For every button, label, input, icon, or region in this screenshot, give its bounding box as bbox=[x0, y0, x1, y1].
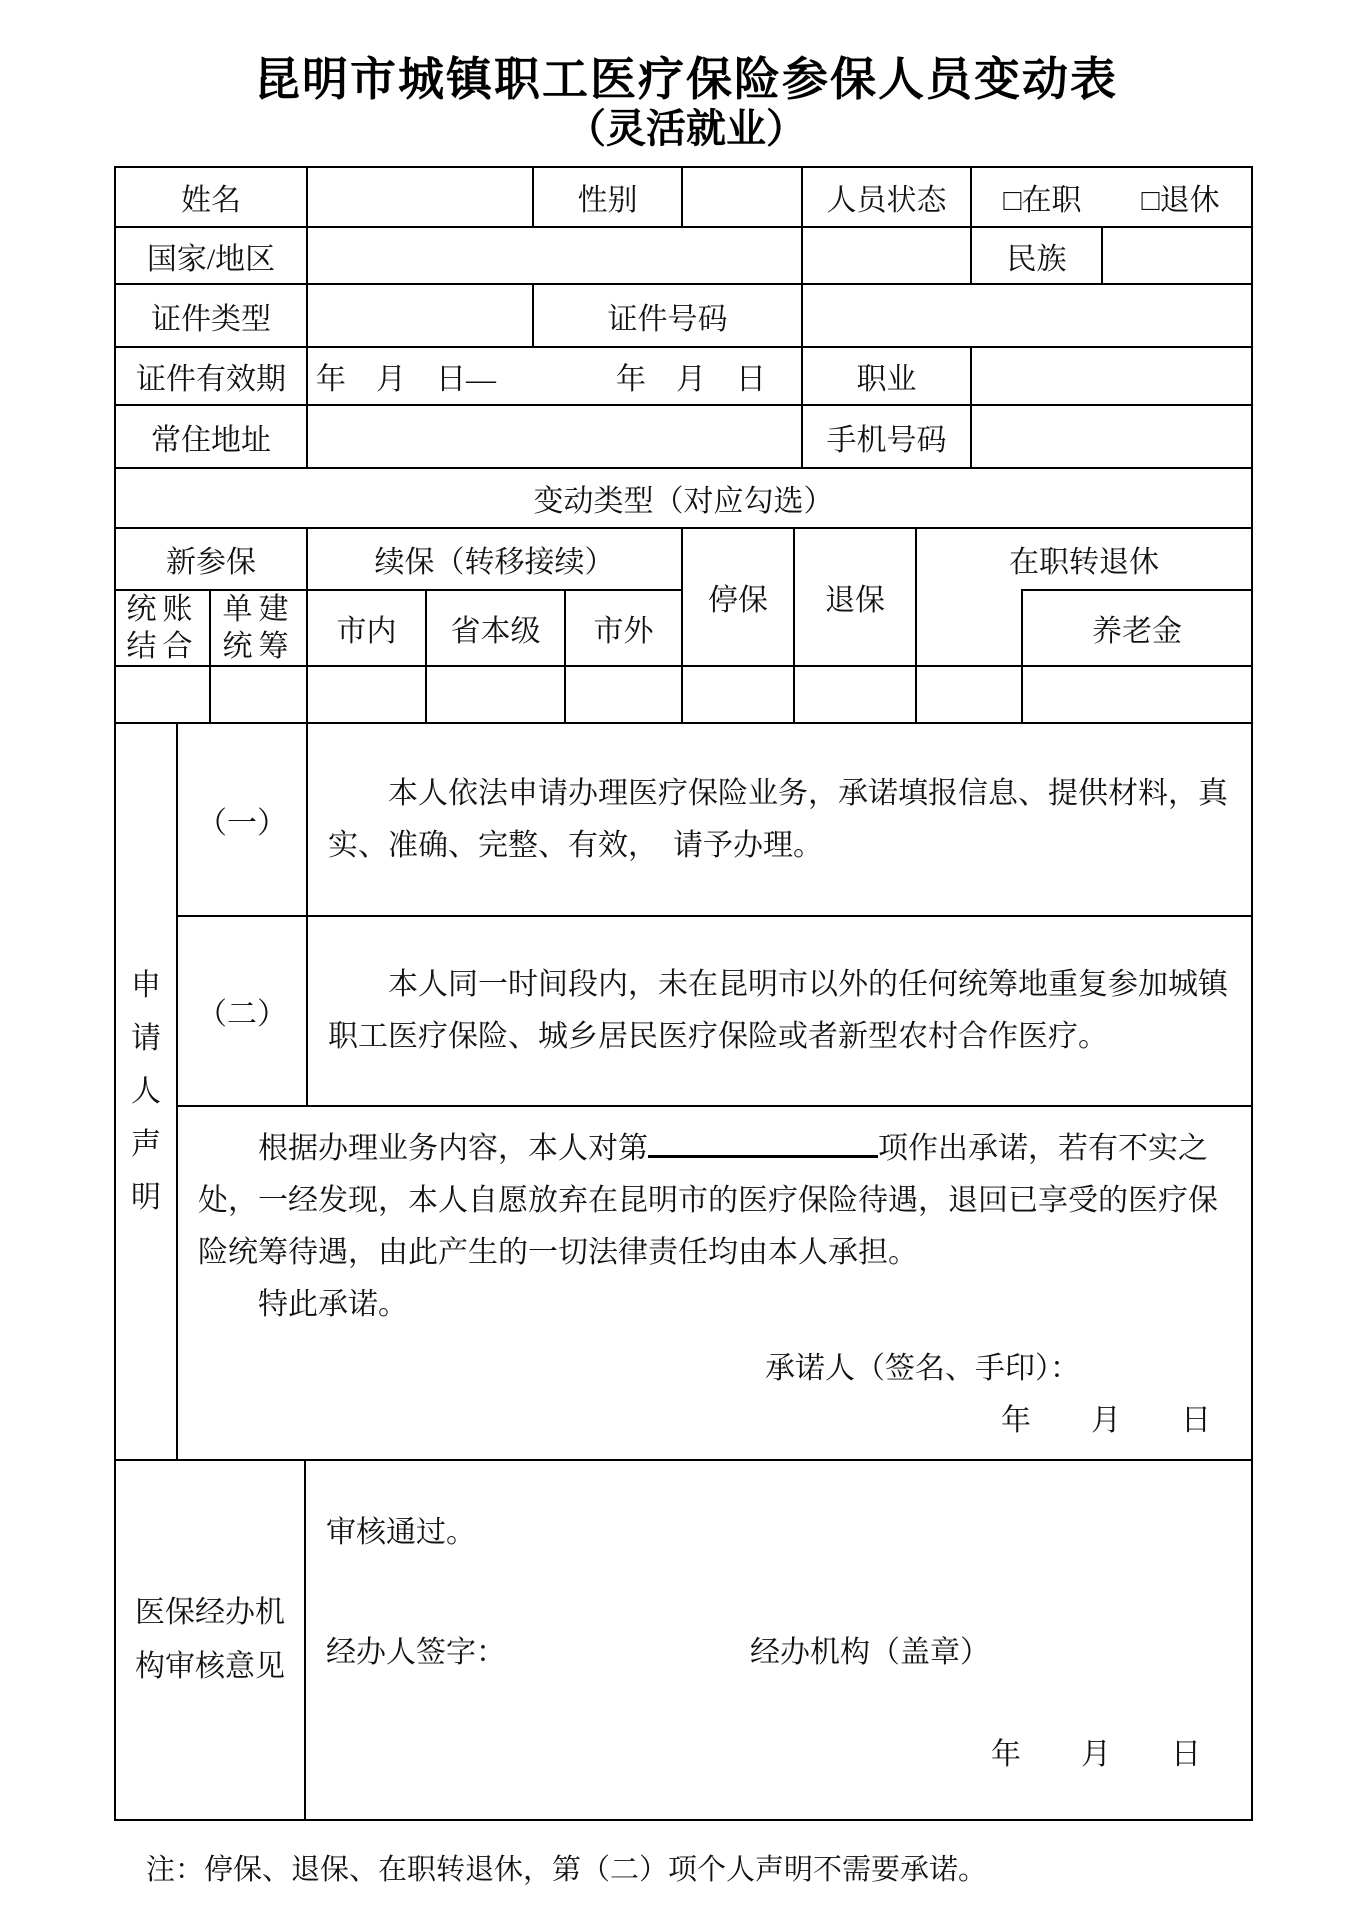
suspend-label: 停保 bbox=[682, 528, 794, 666]
review-side-label-cell: 医保经办机构审核意见 bbox=[115, 1460, 305, 1820]
empty-cell bbox=[916, 590, 1022, 666]
combined-account-label: 统账结合 bbox=[115, 590, 210, 666]
row-change-type-checks bbox=[115, 666, 1252, 723]
name-label: 姓名 bbox=[115, 167, 307, 227]
check-cell-pension[interactable] bbox=[1022, 666, 1252, 723]
id-type-label: 证件类型 bbox=[115, 284, 307, 347]
row-declaration-2: （二） 本人同一时间段内，未在昆明市以外的任何统筹地重复参加城镇职工医疗保险、城… bbox=[115, 916, 1252, 1106]
status-label: 人员状态 bbox=[802, 167, 971, 227]
row-address: 常住地址 手机号码 bbox=[115, 405, 1252, 468]
ethnicity-input-cell[interactable] bbox=[1102, 227, 1252, 284]
row-country: 国家/地区 民族 bbox=[115, 227, 1252, 284]
row-change-type-header: 变动类型（对应勾选） bbox=[115, 468, 1252, 528]
gender-label: 性别 bbox=[533, 167, 682, 227]
country-input-cell[interactable] bbox=[307, 227, 802, 284]
check-cell-within-city[interactable] bbox=[307, 666, 426, 723]
check-cell-blank[interactable] bbox=[916, 666, 1022, 723]
declaration-item1-no: （一） bbox=[177, 723, 307, 916]
declaration-side-label: 申请人声明 bbox=[130, 959, 162, 1224]
change-type-header: 变动类型（对应勾选） bbox=[115, 468, 1252, 528]
empty-cell bbox=[802, 227, 971, 284]
declaration-item1-text: 本人依法申请办理医疗保险业务，承诺填报信息、提供材料，真实、准确、完整、有效， … bbox=[307, 723, 1252, 916]
outside-city-label: 市外 bbox=[565, 590, 682, 666]
occupation-label: 职业 bbox=[802, 347, 971, 405]
review-table: 医保经办机构审核意见 审核通过。 经办人签字：经办机构（盖章） 年 月 日 bbox=[114, 1459, 1253, 1821]
new-enrollment-label: 新参保 bbox=[115, 528, 307, 590]
operator-sign-row: 经办人签字：经办机构（盖章） bbox=[326, 1633, 1231, 1673]
row-review: 医保经办机构审核意见 审核通过。 经办人签字：经办机构（盖章） 年 月 日 bbox=[115, 1460, 1252, 1820]
id-validity-input-cell[interactable]: 年 月 日— 年 月 日 bbox=[307, 347, 802, 405]
form-page: 昆明市城镇职工医疗保险参保人员变动表 （灵活就业） 姓名 性别 人员状态 □在职… bbox=[0, 0, 1372, 1918]
address-input-cell[interactable] bbox=[307, 405, 802, 468]
operator-label: 经办人签字： bbox=[326, 1636, 506, 1669]
change-type-table: 变动类型（对应勾选） 新参保 续保（转移接续） 停保 退保 在职转退休 统账结合… bbox=[114, 467, 1253, 724]
row-id-type: 证件类型 证件号码 bbox=[115, 284, 1252, 347]
ethnicity-label: 民族 bbox=[971, 227, 1102, 284]
form-title-line2: （灵活就业） bbox=[0, 106, 1372, 152]
form-title: 昆明市城镇职工医疗保险参保人员变动表 （灵活就业） bbox=[0, 0, 1372, 152]
row-declaration-promise: 根据办理业务内容，本人对第项作出承诺，若有不实之处，一经发现，本人自愿放弃在昆明… bbox=[115, 1106, 1252, 1460]
declaration-side-label-cell: 申请人声明 bbox=[115, 723, 177, 1460]
check-cell-outside-city[interactable] bbox=[565, 666, 682, 723]
pension-label: 养老金 bbox=[1022, 590, 1252, 666]
status-checkbox-cell[interactable]: □在职 □退休 bbox=[971, 167, 1252, 227]
footnote: 注：停保、退保、在职转退休，第（二）项个人声明不需要承诺。 bbox=[146, 1847, 1372, 1888]
review-result-text: 审核通过。 bbox=[326, 1513, 1231, 1553]
id-no-input-cell[interactable] bbox=[802, 284, 1252, 347]
signer-label: 承诺人（签名、手印）： bbox=[765, 1343, 1231, 1395]
declaration-item2-text: 本人同一时间段内，未在昆明市以外的任何统筹地重复参加城镇职工医疗保险、城乡居民医… bbox=[307, 916, 1252, 1106]
withdraw-label: 退保 bbox=[794, 528, 916, 666]
country-label: 国家/地区 bbox=[115, 227, 307, 284]
declaration-item2-no: （二） bbox=[177, 916, 307, 1106]
review-side-label: 医保经办机构审核意见 bbox=[130, 1586, 290, 1694]
mobile-label: 手机号码 bbox=[802, 405, 971, 468]
promise-close: 特此承诺。 bbox=[198, 1279, 1231, 1331]
promise-cell: 根据办理业务内容，本人对第项作出承诺，若有不实之处，一经发现，本人自愿放弃在昆明… bbox=[177, 1106, 1252, 1460]
check-cell-withdraw[interactable] bbox=[794, 666, 916, 723]
check-cell-provincial-level[interactable] bbox=[426, 666, 565, 723]
declaration-table: 申请人声明 （一） 本人依法申请办理医疗保险业务，承诺填报信息、提供材料，真实、… bbox=[114, 722, 1253, 1461]
promise-paragraph: 根据办理业务内容，本人对第项作出承诺，若有不实之处，一经发现，本人自愿放弃在昆明… bbox=[198, 1123, 1231, 1279]
declaration-date-placeholder: 年 月 日 bbox=[198, 1395, 1211, 1447]
check-cell-combined-account[interactable] bbox=[115, 666, 210, 723]
single-pool-label: 单建统筹 bbox=[210, 590, 307, 666]
active-to-retired-label: 在职转退休 bbox=[916, 528, 1252, 590]
row-name: 姓名 性别 人员状态 □在职 □退休 bbox=[115, 167, 1252, 227]
row-change-type-groups: 新参保 续保（转移接续） 停保 退保 在职转退休 bbox=[115, 528, 1252, 590]
id-validity-label: 证件有效期 bbox=[115, 347, 307, 405]
form-title-line1: 昆明市城镇职工医疗保险参保人员变动表 bbox=[0, 52, 1372, 106]
gender-input-cell[interactable] bbox=[682, 167, 802, 227]
mobile-input-cell[interactable] bbox=[971, 405, 1252, 468]
provincial-level-label: 省本级 bbox=[426, 590, 565, 666]
within-city-label: 市内 bbox=[307, 590, 426, 666]
promise-prefix: 根据办理业务内容，本人对第 bbox=[258, 1132, 648, 1165]
renewal-label: 续保（转移接续） bbox=[307, 528, 682, 590]
agency-seal-label: 经办机构（盖章） bbox=[750, 1633, 990, 1673]
row-id-validity: 证件有效期 年 月 日— 年 月 日 职业 bbox=[115, 347, 1252, 405]
name-input-cell[interactable] bbox=[307, 167, 533, 227]
check-cell-single-pool[interactable] bbox=[210, 666, 307, 723]
id-no-label: 证件号码 bbox=[533, 284, 802, 347]
row-declaration-1: 申请人声明 （一） 本人依法申请办理医疗保险业务，承诺填报信息、提供材料，真实、… bbox=[115, 723, 1252, 916]
review-date-placeholder: 年 月 日 bbox=[326, 1735, 1201, 1775]
promise-blank-underline[interactable] bbox=[648, 1125, 878, 1158]
id-type-input-cell[interactable] bbox=[307, 284, 533, 347]
occupation-input-cell[interactable] bbox=[971, 347, 1252, 405]
address-label: 常住地址 bbox=[115, 405, 307, 468]
check-cell-suspend[interactable] bbox=[682, 666, 794, 723]
review-content-cell: 审核通过。 经办人签字：经办机构（盖章） 年 月 日 bbox=[305, 1460, 1252, 1820]
personal-info-table: 姓名 性别 人员状态 □在职 □退休 国家/地区 民族 证件类型 证件号码 证件… bbox=[114, 166, 1253, 469]
